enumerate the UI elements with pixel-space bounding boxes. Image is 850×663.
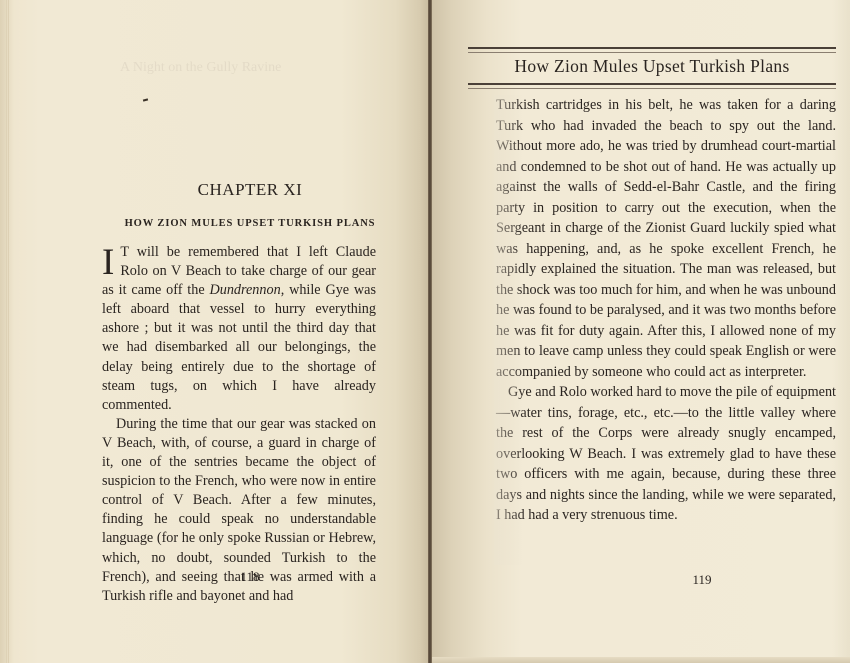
ship-name: Dundrennon xyxy=(209,282,280,298)
left-page: A Night on the Gully Ravine CHAPTER XI H… xyxy=(0,0,428,663)
drop-cap: I xyxy=(102,245,114,279)
paragraph-text: , while Gye was left aboard that vessel … xyxy=(102,282,376,413)
header-rule-top xyxy=(468,47,836,53)
chapter-subtitle: HOW ZION MULES UPSET TURKISH PLANS xyxy=(100,218,400,229)
page-number: 118 xyxy=(100,569,400,585)
paragraph: IT will be remembered that I left Claude… xyxy=(102,243,376,415)
running-head: How Zion Mules Upset Turkish Plans xyxy=(468,56,836,77)
book-spread: A Night on the Gully Ravine CHAPTER XI H… xyxy=(0,0,850,663)
ink-smudge xyxy=(143,98,148,101)
paragraph: Turkish cartridges in his belt, he was t… xyxy=(496,95,836,382)
bleed-through-text: A Night on the Gully Ravine xyxy=(120,60,281,76)
chapter-title: CHAPTER XI xyxy=(100,180,400,200)
page-number: 119 xyxy=(468,572,836,588)
left-page-body: IT will be remembered that I left Claude… xyxy=(102,243,376,606)
header-rule-bottom xyxy=(468,83,836,89)
right-page-body: Turkish cartridges in his belt, he was t… xyxy=(496,95,836,526)
paragraph: Gye and Rolo worked hard to move the pil… xyxy=(496,382,836,526)
